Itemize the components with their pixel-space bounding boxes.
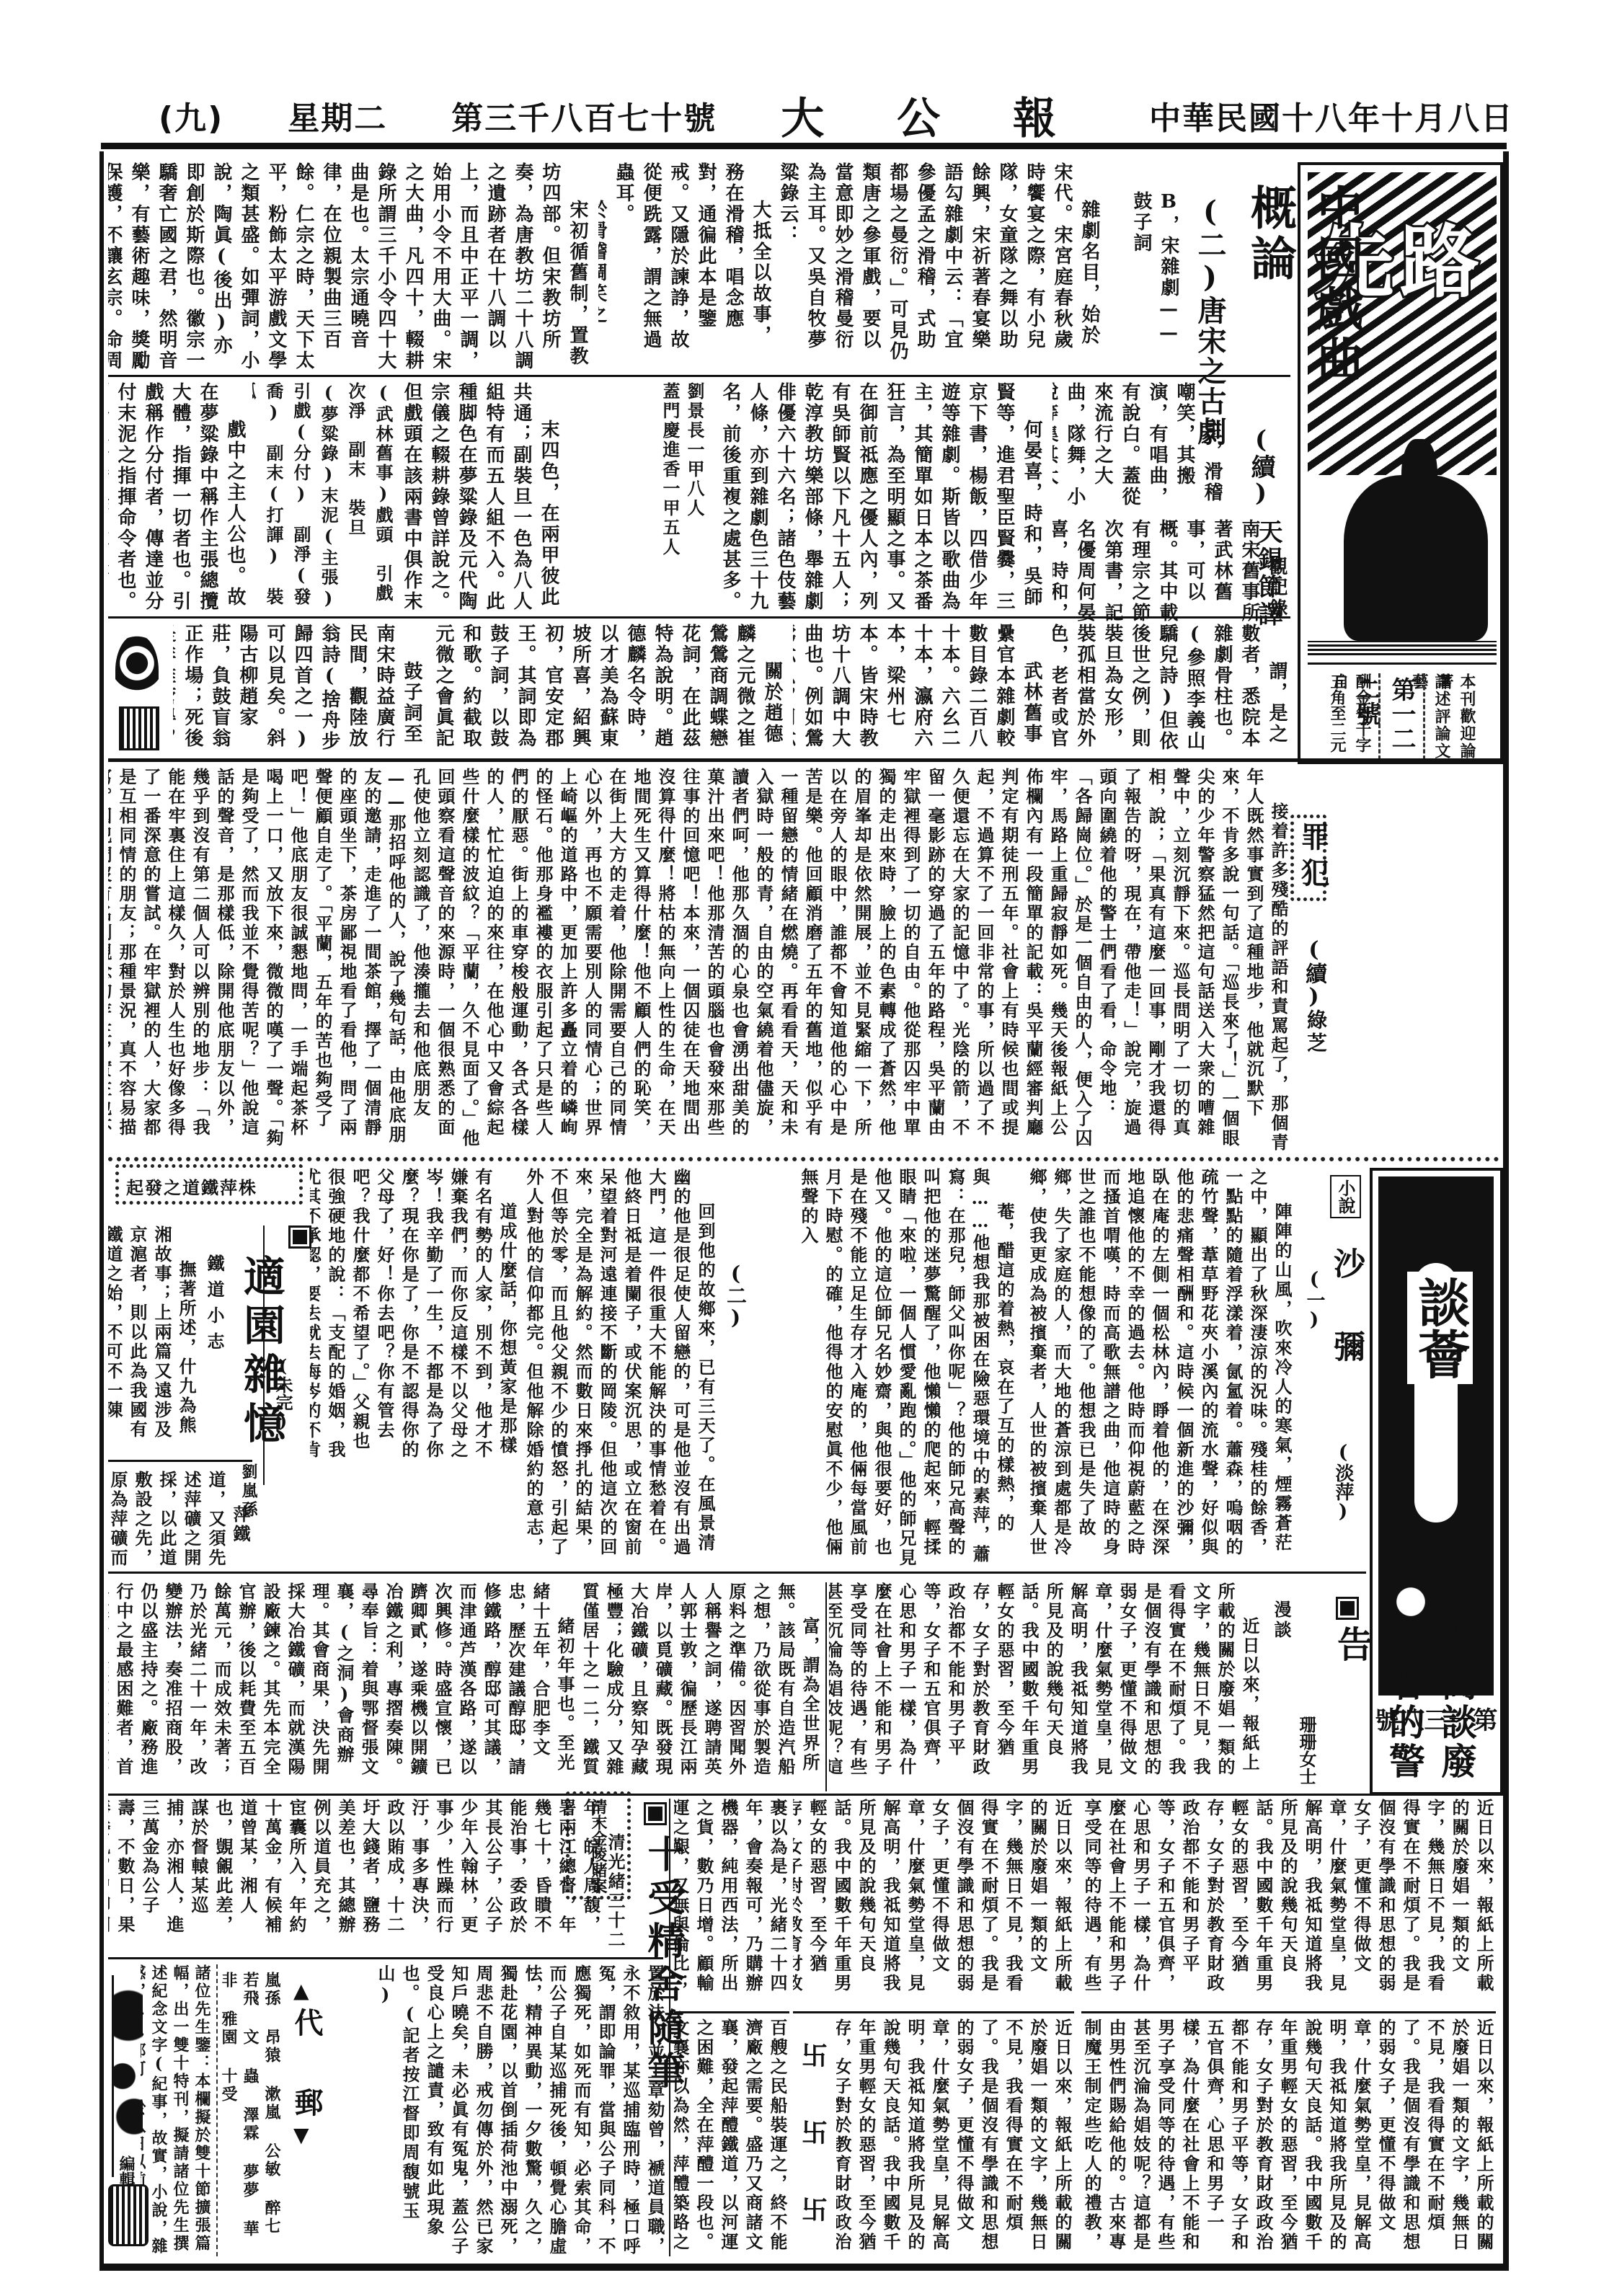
section-icon [288,1225,311,1249]
paragraph: 大抵全以故事，務在滑稽，唱念應對，通徧此本是鑒戒。又隱於諫諍，故從便跣露，謂之無… [610,162,774,364]
issue-number: 第三千八百七十號 [451,92,717,138]
paragraph: 富，謂為全世界所無。該局既有自造汽船之想，乃欲從事於製造原料之準備。因習聞外人稱… [584,1582,822,1788]
paragraph: 近日以來，報紙上所載的關於廢娼一類的文字，幾無日不見，我看得實在不耐煩了。我是個… [829,1582,1262,1791]
paragraph: 接着許多殘酷的評語和責罵起了，那個青年人既然事實到了這種地步，他就沉默下來，不肯… [108,768,1290,1153]
shami-body-part1: 陣陣的山風，吹來冷人的寒氣，煙霧蒼茫之中，顯出了秋深淒涼的況味。殘桂的餘香，一點… [1024,1168,1294,1572]
paper-name: 大 公 報 [781,84,1085,146]
swastika-ornaments: 卐 卐 卐 [797,2018,833,2249]
story-title-criminal: 罪犯 [1293,822,1334,894]
article-cont-mark: (續) [1244,425,1279,507]
wavy-separator [1378,673,1385,760]
paragraph: 道成什麼話，你想黃家是那樣有名有勢的人家，別不到，他才不嫌棄我們，而你反這樣不以… [310,1168,519,1463]
ground-hatching [1308,641,1497,655]
opera-text-block-10: 關於趙德麟之元微之崔鶯鶯商調蝶戀花詞，在此茲特為說明。趙德麟名令時，以才美為蘇東… [433,624,786,753]
paragraph: 回到他的故鄉來，已有三天了。在風景清幽的他是很足使人留戀的，可是他並沒有出過大門… [526,1168,717,1572]
weekday: 星期二 [288,92,387,138]
opera-text-block-11: 鼓子詞至南宋時益廣行民間，觀陸放翁詩(捨舟步歸四首之一)可以見矣。斜陽古柳趙家莊… [173,624,425,753]
article-title-opera: 中國戲曲概論 [1236,184,1369,415]
warning-body-end: 近日以來，報紙上所載的關於廢娼一類的文字，幾無日不見，我看得實在不耐煩了。我是個… [836,2018,1074,2256]
article-section-b: B，宋雜劇——鼓子詞 [1103,191,1182,364]
story-title-shami: 沙 彌 [1323,1247,1369,1369]
paragraph: 謂，是之數者，悉院本雜劇骨柱也。(參照李義山驕兒詩)但依後世之例，則裝旦為女形，… [1052,624,1290,753]
paragraph: 置於法，並上章劾曾，褫道員職，永不敘用，某巡捕臨刑時，極口呼冤，謂即論罪，當與公… [373,1964,667,2256]
paragraph: 何晏喜，時和，吳師賢等，進君聖臣賢爨，三京下書，楊飯，四借少年遊等雜劇。斯皆以歌… [714,382,1045,613]
column-rule [793,2011,1074,2013]
paragraph: 末四色，在兩甲彼此共通；副裝旦一色為八人組特有而五人組不入。此種脚色在夢粱錄及元… [404,382,562,613]
shami-body-part2b: 道成什麼話，你想黃家是那樣有名有勢的人家，別不到，他才不嫌棄我們，而你反這樣不以… [310,1168,519,1463]
jingshe-body-2: 置於法，並上章劾曾，褫道員職，永不敘用，某巡捕臨刑時，極口呼冤，謂即論罪，當與公… [317,1964,667,2256]
xianlu-fee-line2: 五角至二元 [1326,673,1349,753]
paragraph: 鼓子詞至南宋時益廣行民間，觀陸放翁詩(捨舟步歸四首之一)可以見矣。斜陽古柳趙家莊… [173,624,425,753]
opera-text-block-5: 何晏喜，時和，吳師賢等，進君聖臣賢爨，三京下書，楊飯，四借少年遊等雜劇。斯皆以歌… [714,382,1045,613]
opera-roles-list: 劉景長一甲八人 蓋門慶進香一甲五人 [570,382,706,613]
paragraph: 主，滑稽嘲笑，其搬演，有唱曲，有說白。蓋從來流行之大曲，隊舞，小說等集其大成，而… [1052,382,1226,512]
paragraph: 萍鐵道，又須先述萍礦之開採，以此道敷設之先，原為萍礦而起也。先是同治十一年，既組… [108,1471,252,1572]
column-rule [108,616,1290,619]
paragraph: 雜劇名目，始於宋代。宋宮庭春秋歲時饗宴之際，有小兒隊，女童隊之舞以助餘興，宋祈著… [774,162,1103,364]
warning-icon-box [1336,1597,1359,1623]
shami-part2: (二) [721,1262,750,1329]
shami-body-part1b: 菴，醋這的着熱，哀在了互的樣熱，的與……他想我那被困在險惡環境中的素萍，蕭寫：在… [750,1168,1016,1572]
divider [1308,662,1497,665]
rider-figure [1401,439,1437,526]
tanhui-art [1378,1176,1494,1696]
triangle-up-icon: ▲ [293,1979,309,2003]
column-rule [108,375,1290,377]
ornamental-divider [108,1157,1499,1169]
header-rule [101,143,1507,149]
shiyuan-body-cont-2: 百艘之民船裝運之，終不能濟廠之需要。盛乃又商諸文襄，發起萍醴鐵道，以河運之困難，… [674,2018,789,2256]
mailbox-recipients: 嵐孫 昂猿 漱嵐 公敏 醉七 若飛 文 蟲 澤霖 夢夢 華非 雅園 十受 [218,1972,283,2253]
paragraph: 撫著所述，什九為熊湘故事；上兩篇又遠涉及京滬者，則以此為我國有鐵道之始，不可不一… [108,1225,198,1442]
mailbox-title: 代 郵 [286,2008,327,2125]
jingshe-body-1: 清光緒三十二年，皖人周馥，署兩江總督，年幾七十，昏瞶不能治事，委政於其長公子，公… [108,1799,627,1954]
paragraph: 諸位先生鑒：本欄擬於雙十節擴張篇幅，出一雙十特刊，擬請諸位先生撰述紀念文字(紀事… [141,1964,213,2256]
mailbox-body: 諸位先生鑒：本欄擬於雙十節擴張篇幅，出一雙十特刊，擬請諸位先生撰述紀念文字(紀事… [141,1964,213,2256]
shiyuan-body-3: 富，謂為全世界所無。該局既有自造汽船之想，乃欲從事於製造原料之準備。因習聞外人稱… [584,1582,822,1788]
paragraph: 關於趙德麟之元微之崔鶯鶯商調蝶戀花詞，在此茲特為說明。趙德麟名令時，以才美為蘇東… [433,624,786,753]
section-icon [1336,1597,1359,1620]
paragraph: 近日以來，報紙上所載的關於廢娼一類的文字，幾無日不見，我看得實在不耐煩了。我是個… [1081,2018,1496,2256]
paragraph: 近日以來，報紙上所載的關於廢娼一類的文字，幾無日不見，我看得實在不耐煩了。我是個… [836,2018,1074,2256]
story-author: 綠芝 [1301,1009,1330,1055]
jingshe-icon-box [644,1802,667,1828]
plant-ornament [108,1975,144,2249]
role-table-row: (夢粱錄)末泥(主張) 引戲(分付) 副淨(發喬) 副末(打諢) 裝孤 [252,382,342,613]
paragraph: 近日以來，報紙上所載的關於廢娼一類的文字，幾無日不見，我看得實在不耐煩了。我是個… [1081,1799,1496,2008]
column-rule [108,1572,1366,1574]
paragraph: 百艘之民船裝運之，終不能濟廠之需要。盛乃又商諸文襄，發起萍醴鐵道，以河運之困難，… [674,2018,789,2256]
column-rule [263,1225,265,1485]
opera-text-block-2: 宋初循舊制，置教坊四部。但宋教坊所奏，為唐教坊二十八調之遺跡者在十八調以上，而且… [108,162,591,371]
criminal-story-body: 接着許多殘酷的評語和責罵起了，那個青年人既然事實到了這種地步，他就沉默下來，不肯… [108,768,1290,1153]
paragraph: 陣陣的山風，吹來冷人的寒氣，煙霧蒼茫之中，顯出了秋深淒涼的況味。殘桂的餘香，一點… [1024,1168,1294,1572]
swastika-icon: 卐 [802,2044,828,2070]
frame-right [1503,151,1509,2271]
section-rule [108,758,1503,762]
paragraph: 於滑稽調笑之中，寓諫諍之意，是汲東方，曼倩之流者。例如當宋初西崑體詩流行之際，朝… [598,162,610,364]
swastika-icon: 卐 [802,2121,828,2147]
shiyuan-body-4: 緒初年事也。至光緒十五年，合肥李文忠，歷次建議醇邸，請修鐵路，醇邸可其議，而津通… [108,1582,577,1788]
shiyuan-body-2: 萍鐵道，又須先述萍礦之開採，以此道敷設之先，原為萍礦而起也。先是同治十一年，既組… [108,1471,252,1572]
column-title-shiyuan: 適園雜憶 [231,1254,291,1450]
paragraph: 清光緒三十二年，皖人周馥，署兩江總督，年幾七十，昏瞶不能治事，委政於其長公子，公… [108,1799,627,1954]
triangle-down-icon: ▼ [293,2123,309,2147]
column-rule [674,2011,789,2013]
shiyuan-body-1: 撫著所述，什九為熊湘故事；上兩篇又遠涉及京滬者，則以此為我國有鐵道之始，不可不一… [108,1225,198,1442]
paragraph: 近日以來，報紙上所載的關於廢娼一類的文字，幾無日不見，我看得實在不耐煩了。我是個… [793,1799,1074,2008]
column-rule [825,1582,827,1791]
opera-text-block-6: 末四色，在兩甲彼此共通；副裝旦一色為八人組特有而五人組不入。此種脚色在夢粱錄及元… [404,382,562,613]
paragraph: 戲中之主人公也。故在夢粱錄中稱作主張總攬大體，指揮一切者也。引戲稱作分付者，傳達… [108,382,249,613]
warning-body-cont-1: 近日以來，報紙上所載的關於廢娼一類的文字，幾無日不見，我看得實在不耐煩了。我是個… [1081,1799,1496,2008]
section-icon [644,1802,667,1825]
flower-vase-ornament [108,634,166,750]
mailbox-box: ▲ 代 郵 ▼ 嵐孫 昂猿 漱嵐 公敏 醉七 若飛 文 蟲 澤霖 夢夢 華非 雅… [216,1964,310,2256]
paragraph: 菴，醋這的着熱，哀在了互的樣熱，的與……他想我那被困在險惡環境中的素萍，蕭寫：在… [796,1168,1016,1572]
section-b-heading: B，宋雜劇——鼓子詞 [1127,191,1182,364]
warning-label: 漫談 [1269,1600,1294,1641]
shami-part1: (一) [1301,1269,1328,1331]
warning-author: 珊珊女士 [1294,1716,1319,1785]
column-rule [108,1794,1503,1796]
swastika-icon: 卐 [802,2198,828,2224]
shiyuan-icon-box [288,1225,311,1251]
opera-text-block-9: 武林舊事纍官本雜劇較數目錄二百八十本。六幺二十本，瀛府六本，梁州七本。皆宋時教坊… [793,624,1045,753]
shami-label: 小說 [1330,1175,1361,1218]
warning-body: 近日以來，報紙上所載的關於廢娼一類的文字，幾無日不見，我看得實在不耐煩了。我是個… [829,1582,1262,1791]
opera-role-table: (武林舊事)戲頭 引戲 次淨 副末 裝旦 (夢粱錄)末泥(主張) 引戲(分付) … [252,382,396,613]
warning-body-cont-3: 近日以來，報紙上所載的關於廢娼一類的文字，幾無日不見，我看得實在不耐煩了。我是個… [793,1799,1074,2008]
paragraph: 武林舊事纍官本雜劇較數目錄二百八十本。六幺二十本，瀛府六本，梁州七本。皆宋時教坊… [793,624,1045,753]
paragraph: 裹以為是，光緒二十四年，會奏報可，乃購辦機器，純用西法，所出之貨，數乃日增。顧輸… [674,1799,789,2008]
warning-body-cont-2: 近日以來，報紙上所載的關於廢娼一類的文字，幾無日不見，我看得實在不耐煩了。我是個… [1081,2018,1496,2256]
story-cont-mark: (續) [1298,937,1329,1009]
wavy-separator [1423,673,1430,760]
column-rule [1081,2011,1496,2013]
bottom-rule [99,2264,1509,2271]
recipient-list: 嵐孫 昂猿 漱嵐 公敏 醉七 若飛 文 蟲 澤霖 夢夢 華非 雅園 十受 [218,1972,283,2253]
publication-date: 中華民國十八年十月八日 [1149,92,1514,138]
frame-left [99,151,104,2271]
paragraph: 緒初年事也。至光緒十五年，合肥李文忠，歷次建議醇邸，請修鐵路，醇邸可其議，而津通… [108,1582,577,1788]
column-rule [108,1460,252,1462]
opera-text-block-3: 主，滑稽嘲笑，其搬演，有唱曲，有說白。蓋從來流行之大曲，隊舞，小說等集其大成，而… [1052,382,1226,512]
shami-body-part2: 回到他的故鄉來，已有三天了。在風景清幽的他是很足使人留戀的，可是他並沒有出過大門… [526,1168,717,1572]
masthead: (九) 星期二 第三千八百七十號 大 公 報 中華民國十八年十月八日 [159,90,1514,141]
role-table-row: (武林舊事)戲頭 引戲 次淨 副末 裝旦 [342,382,396,613]
shiyuan-subsection: 鐵道小志 [202,1254,227,1358]
opera-text-block-7: 戲中之主人公也。故在夢粱錄中稱作主張總攬大體，指揮一切者也。引戲稱作分付者，傳達… [108,382,249,613]
opera-text-block-8: 謂，是之數者，悉院本雜劇骨柱也。(參照李義山驕兒詩)但依後世之例，則裝旦為女形，… [1052,624,1290,753]
page-number: (九) [159,92,223,138]
tanhui-title: 談薈 [1407,1272,1473,1384]
shami-author: (淡萍) [1330,1442,1357,1522]
paragraph: 宋初循舊制，置教坊四部。但宋教坊所奏，為唐教坊二十八調之遺跡者在十八調以上，而且… [108,162,591,371]
opera-text-block-1: 雜劇名目，始於宋代。宋宮庭春秋歲時饗宴之際，有小兒隊，女童隊之舞以助餘興，宋祈著… [598,162,1103,364]
article-title-warning: 對高談廢娼者的警告 [1326,1626,1482,1791]
role-line: 蓋門慶進香一甲五人 [657,382,682,613]
role-line: 劉景長一甲八人 [682,382,706,613]
column-rule [108,1957,663,1959]
kicker-label-shiyuan: 株萍鐵道之發起 [126,1174,257,1199]
shiyuan-body-cont-1: 裹以為是，光緒二十四年，會奏報可，乃購辦機器，純用西法，所出之貨，數乃日增。顧輸… [674,1799,789,2008]
